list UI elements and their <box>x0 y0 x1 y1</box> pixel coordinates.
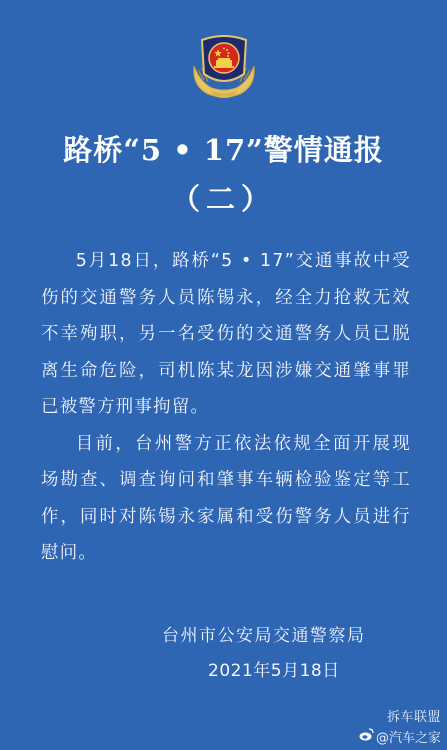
paragraph: 5月18日，路桥“5 • 17”交通事故中受伤的交通警务人员陈锡永，经全力抢救无… <box>41 243 411 426</box>
issuer-signature: 台州市公安局交通警察局 <box>162 621 366 646</box>
page-subtitle: （二） <box>0 177 447 218</box>
watermark-line1: 拆车联盟 <box>387 706 441 725</box>
notice-body: 5月18日，路桥“5 • 17”交通事故中受伤的交通警务人员陈锡永，经全力抢救无… <box>41 243 411 572</box>
police-emblem-icon <box>188 30 260 100</box>
issue-date: 2021年5月18日 <box>208 656 340 681</box>
watermark-account: @汽车之家 <box>376 727 441 746</box>
paragraph: 目前，台州警方正依法依规全面开展现场勘查、调查询问和肇事车辆检验鉴定等工作，同时… <box>41 426 411 572</box>
weibo-icon <box>359 728 374 745</box>
page-title: 路桥“5 • 17”警情通报 <box>0 128 447 169</box>
watermark-line2: @汽车之家 <box>359 727 441 746</box>
